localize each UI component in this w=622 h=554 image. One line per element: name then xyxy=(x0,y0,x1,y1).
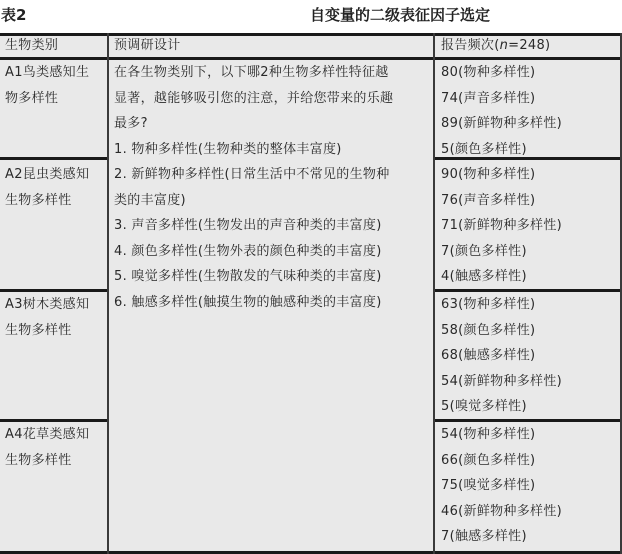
list-item: 5(颜色多样性) xyxy=(441,137,619,163)
list-item: 46(新鲜物种多样性) xyxy=(441,499,619,525)
list-item: 71(新鲜物种多样性) xyxy=(441,213,619,239)
list-item: 5(嗅觉多样性) xyxy=(441,394,619,420)
header-design: 预调研设计 xyxy=(114,33,430,59)
list-item: 7(触感多样性) xyxy=(441,524,619,550)
header-frequency: 报告频次(n=248) xyxy=(441,33,619,59)
row-separator-a1-col1 xyxy=(0,157,108,160)
table-caption: 表2 自变量的二级表征因子选定 xyxy=(0,0,622,33)
category-a1: A1鸟类感知生 物多样性 xyxy=(5,60,105,111)
table-label: 表2 xyxy=(1,4,26,25)
list-item: 74(声音多样性) xyxy=(441,86,619,112)
table-title: 自变量的二级表征因子选定 xyxy=(310,4,490,25)
list-item: 75(嗅觉多样性) xyxy=(441,473,619,499)
category-a2: A2昆虫类感知 生物多样性 xyxy=(5,162,105,213)
selection-table: 生物类别 预调研设计 报告频次(n=248) 在各生物类别下，以下哪2种生物多样… xyxy=(0,33,622,554)
frequency-a4: 54(物种多样性) 66(颜色多样性) 75(嗅觉多样性) 46(新鲜物种多样性… xyxy=(441,422,619,550)
col-divider-2 xyxy=(433,33,435,554)
list-item: 4(触感多样性) xyxy=(441,264,619,290)
list-item: 58(颜色多样性) xyxy=(441,318,619,344)
frequency-a1: 80(物种多样性) 74(声音多样性) 89(新鲜物种多样性) 5(颜色多样性) xyxy=(441,60,619,162)
list-item: 7(颜色多样性) xyxy=(441,239,619,265)
frequency-a2: 90(物种多样性) 76(声音多样性) 71(新鲜物种多样性) 7(颜色多样性)… xyxy=(441,162,619,290)
list-item: 80(物种多样性) xyxy=(441,60,619,86)
design-text: 在各生物类别下，以下哪2种生物多样性特征越 显著，越能够吸引您的注意，并给您带来… xyxy=(114,60,430,315)
list-item: 89(新鲜物种多样性) xyxy=(441,111,619,137)
list-item: 68(触感多样性) xyxy=(441,343,619,369)
list-item: 90(物种多样性) xyxy=(441,162,619,188)
list-item: 63(物种多样性) xyxy=(441,292,619,318)
list-item: 54(物种多样性) xyxy=(441,422,619,448)
list-item: 76(声音多样性) xyxy=(441,188,619,214)
category-a3: A3树木类感知 生物多样性 xyxy=(5,292,105,343)
col-divider-1 xyxy=(107,33,109,554)
frequency-a3: 63(物种多样性) 58(颜色多样性) 68(触感多样性) 54(新鲜物种多样性… xyxy=(441,292,619,420)
header-category: 生物类别 xyxy=(5,33,105,59)
list-item: 54(新鲜物种多样性) xyxy=(441,369,619,395)
list-item: 66(颜色多样性) xyxy=(441,448,619,474)
category-a4: A4花草类感知 生物多样性 xyxy=(5,422,105,473)
